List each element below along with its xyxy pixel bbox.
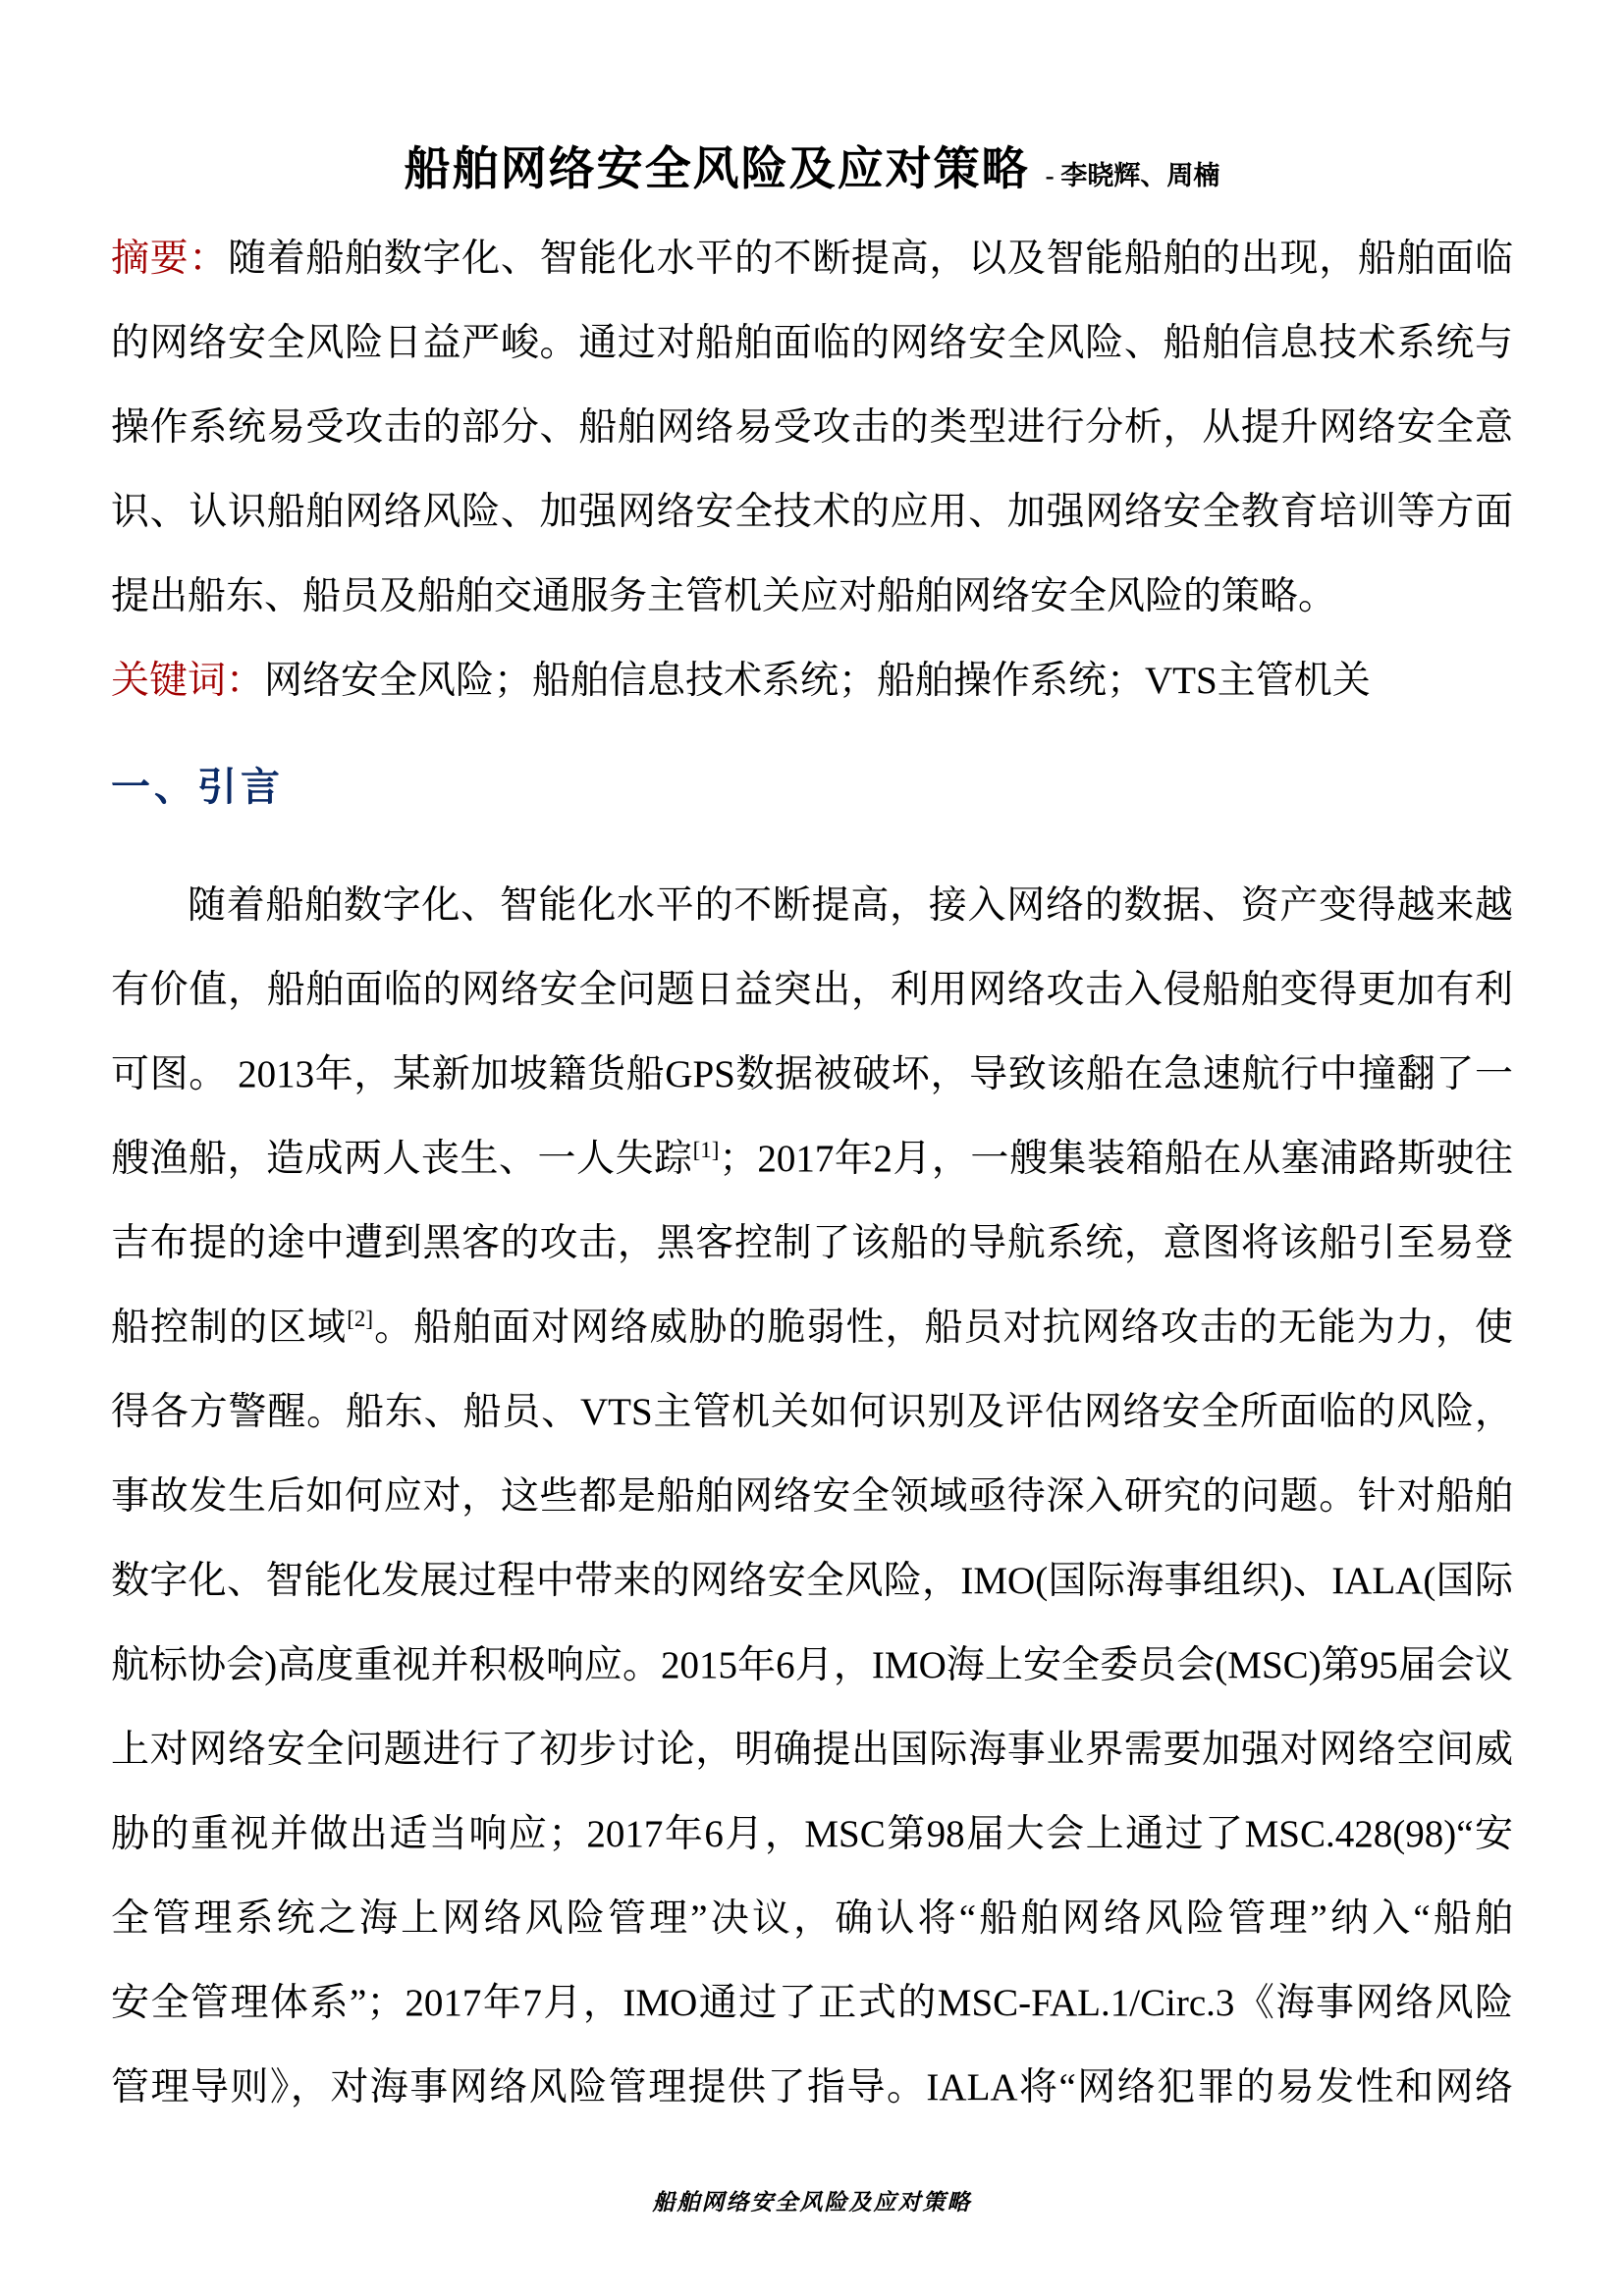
body-text: 数字化、智能化发展过程中带来的网络安全风险，IMO(国际海事组织)、IALA(国… [111,1560,1513,1602]
body-text: 的网络安全风险日益严峻。通过对船舶面临的网络安全风险、船舶信息技术系统与 [111,322,1513,364]
document-title: 船舶网络安全风险及应对策略 [405,144,1030,195]
body-text: ；2017年2月，一艘集装箱船在从塞浦路斯驶往 [719,1138,1513,1180]
text-line: 随着船舶数字化、智能化水平的不断提高，接入网络的数据、资产变得越来越 [111,864,1513,948]
body-text: 航标协会)高度重视并积极响应。2015年6月，IMO海上安全委员会(MSC)第9… [111,1644,1513,1686]
keywords-paragraph: 关键词：网络安全风险；船舶信息技术系统；船舶操作系统；VTS主管机关 [111,639,1513,723]
text-line: 管理导则》，对海事网络风险管理提供了指导。IALA将“网络犯罪的易发性和网络 [111,2046,1513,2130]
body-text: 操作系统易受攻击的部分、船舶网络易受攻击的类型进行分析，从提升网络安全意 [111,406,1513,449]
abstract-paragraph: 摘要：随着船舶数字化、智能化水平的不断提高，以及智能船舶的出现，船舶面临的网络安… [111,217,1513,639]
text-line: 事故发生后如何应对，这些都是船舶网络安全领域亟待深入研究的问题。针对船舶 [111,1455,1513,1539]
title-block: 船舶网络安全风险及应对策略- 李晓辉、周楠 [111,139,1513,211]
text-line: 提出船东、船员及船舶交通服务主管机关应对船舶网络安全风险的策略。 [111,555,1513,639]
text-line: 上对网络安全问题进行了初步讨论，明确提出国际海事业界需要加强对网络空间威 [111,1708,1513,1792]
body-text: 可图。 2013年，某新加坡籍货船GPS数据被破坏，导致该船在急速航行中撞翻了一 [111,1053,1513,1095]
document-authors: - 李晓辉、周楠 [1046,161,1220,190]
text-line: 关键词：网络安全风险；船舶信息技术系统；船舶操作系统；VTS主管机关 [111,639,1513,723]
text-line: 全管理系统之海上网络风险管理”决议，确认将“船舶网络风险管理”纳入“船舶 [111,1877,1513,1961]
text-line: 安全管理体系”；2017年7月，IMO通过了正式的MSC-FAL.1/Circ.… [111,1961,1513,2046]
citation-superscript: [2] [347,1307,373,1331]
text-line: 船控制的区域[2]。船舶面对网络威胁的脆弱性，船员对抗网络攻击的无能为力，使 [111,1286,1513,1370]
body-paragraph: 随着船舶数字化、智能化水平的不断提高，接入网络的数据、资产变得越来越有价值，船舶… [111,864,1513,2130]
text-line: 操作系统易受攻击的部分、船舶网络易受攻击的类型进行分析，从提升网络安全意 [111,386,1513,470]
text-line: 航标协会)高度重视并积极响应。2015年6月，IMO海上安全委员会(MSC)第9… [111,1624,1513,1708]
body-text: 有价值，船舶面临的网络安全问题日益突出，利用网络攻击入侵船舶变得更加有利 [111,969,1513,1011]
body-text: 艘渔船，造成两人丧生、一人失踪 [111,1138,693,1180]
page-footer: 船舶网络安全风险及应对策略 [111,2184,1513,2216]
body-text: 全管理系统之海上网络风险管理”决议，确认将“船舶网络风险管理”纳入“船舶 [111,1897,1513,1940]
body-text: 事故发生后如何应对，这些都是船舶网络安全领域亟待深入研究的问题。针对船舶 [111,1475,1513,1518]
text-line: 摘要：随着船舶数字化、智能化水平的不断提高，以及智能船舶的出现，船舶面临 [111,217,1513,301]
body-text: 随着船舶数字化、智能化水平的不断提高，以及智能船舶的出现，船舶面临 [228,238,1513,280]
citation-superscript: [1] [693,1138,720,1162]
text-line: 的网络安全风险日益严峻。通过对船舶面临的网络安全风险、船舶信息技术系统与 [111,301,1513,386]
body-text: 网络安全风险；船舶信息技术系统；船舶操作系统；VTS主管机关 [264,660,1371,702]
body-text: 吉布提的途中遭到黑客的攻击，黑客控制了该船的导航系统，意图将该船引至易登 [111,1222,1513,1264]
document-page: 船舶网络安全风险及应对策略- 李晓辉、周楠 摘要：随着船舶数字化、智能化水平的不… [0,0,1624,2296]
body-text: 安全管理体系”；2017年7月，IMO通过了正式的MSC-FAL.1/Circ.… [111,1982,1513,2024]
label-text: 关键词： [111,660,264,702]
body-text: 随着船舶数字化、智能化水平的不断提高，接入网络的数据、资产变得越来越 [188,884,1513,927]
text-line: 艘渔船，造成两人丧生、一人失踪[1]；2017年2月，一艘集装箱船在从塞浦路斯驶… [111,1117,1513,1201]
label-text: 摘要： [111,238,228,280]
text-line: 胁的重视并做出适当响应；2017年6月，MSC第98届大会上通过了MSC.428… [111,1792,1513,1877]
text-line: 有价值，船舶面临的网络安全问题日益突出，利用网络攻击入侵船舶变得更加有利 [111,948,1513,1033]
body-text: 胁的重视并做出适当响应；2017年6月，MSC第98届大会上通过了MSC.428… [111,1813,1513,1855]
text-line: 数字化、智能化发展过程中带来的网络安全风险，IMO(国际海事组织)、IALA(国… [111,1539,1513,1624]
text-line: 得各方警醒。船东、船员、VTS主管机关如何识别及评估网络安全所面临的风险， [111,1370,1513,1455]
text-line: 吉布提的途中遭到黑客的攻击，黑客控制了该船的导航系统，意图将该船引至易登 [111,1201,1513,1286]
section-heading-introduction: 一、引言 [111,753,1513,822]
body-text: 。船舶面对网络威胁的脆弱性，船员对抗网络攻击的无能为力，使 [373,1307,1513,1349]
body-text: 提出船东、船员及船舶交通服务主管机关应对船舶网络安全风险的策略。 [111,575,1336,617]
body-text: 上对网络安全问题进行了初步讨论，明确提出国际海事业界需要加强对网络空间威 [111,1729,1513,1771]
text-line: 识、认识船舶网络风险、加强网络安全技术的应用、加强网络安全教育培训等方面 [111,470,1513,555]
body-text: 船控制的区域 [111,1307,347,1349]
text-line: 可图。 2013年，某新加坡籍货船GPS数据被破坏，导致该船在急速航行中撞翻了一 [111,1033,1513,1117]
body-text: 识、认识船舶网络风险、加强网络安全技术的应用、加强网络安全教育培训等方面 [111,491,1513,533]
body-text: 管理导则》，对海事网络风险管理提供了指导。IALA将“网络犯罪的易发性和网络 [111,2066,1513,2109]
body-text: 得各方警醒。船东、船员、VTS主管机关如何识别及评估网络安全所面临的风险， [111,1391,1513,1433]
